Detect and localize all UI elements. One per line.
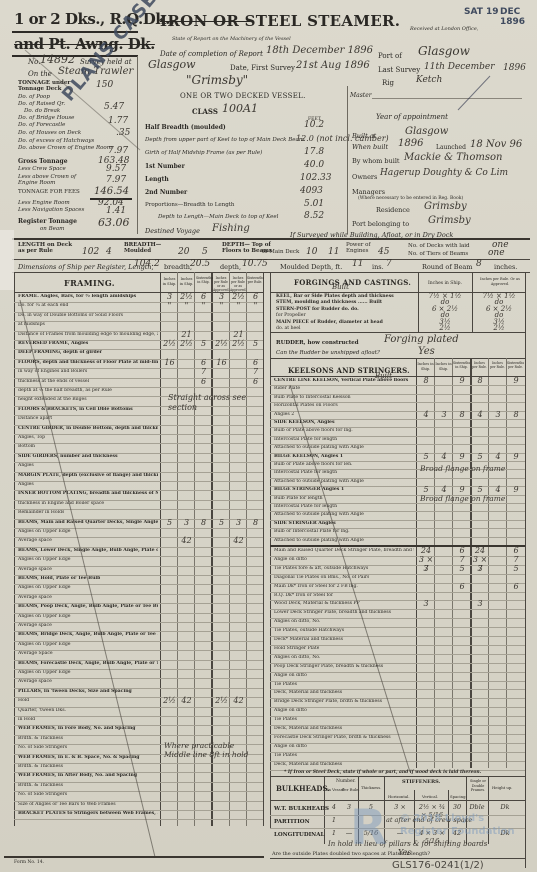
watermark-text: © 2018 Lloyd's Register Foundation bbox=[400, 812, 520, 838]
bulkheads-title: BULKHEADS. bbox=[276, 784, 330, 793]
bulk-per-rule-label: Per Rule. bbox=[342, 787, 360, 792]
bulk-stiffeners-label: STIFFENERS. bbox=[402, 779, 440, 785]
bulkhead-row-height: Dk bbox=[490, 803, 520, 811]
bulk-vertical-label: Vertical. bbox=[422, 794, 438, 799]
watermark-logo: R bbox=[350, 800, 387, 856]
bulkhead-row-in-vessel: 1 bbox=[326, 816, 342, 824]
bulkhead-row-label: LONGITUDINAL bbox=[274, 832, 324, 838]
cancel-line-right bbox=[0, 0, 537, 872]
doubled-plates-value: Yes bbox=[398, 848, 411, 857]
bulk-bottom-rule bbox=[270, 858, 525, 859]
paper-edge bbox=[0, 230, 14, 290]
bulkhead-row-in-vessel: 1 bbox=[326, 829, 342, 837]
bulkhead-row-horizontal: 3 × bbox=[386, 803, 414, 811]
bulkhead-row-label: PARTITION bbox=[274, 819, 310, 825]
bulkhead-row-in-vessel: 4 bbox=[326, 803, 342, 811]
bulkhead-row-frames: Dble bbox=[467, 803, 487, 811]
bulk-height-label: Height up. bbox=[492, 785, 512, 790]
bulk-horizontal-label: Horizontal. bbox=[388, 794, 410, 799]
bulkhead-row-spacing: 30 bbox=[449, 803, 465, 811]
survey-report-page: 1 or 2 Dks., R.Q.Dk., and Pt. Awng. Dk. … bbox=[0, 0, 537, 872]
bulk-number-label: Number. bbox=[336, 779, 356, 784]
archive-reference: GLS176-0241(1/2) bbox=[392, 860, 484, 871]
bulk-spacing-label: Spacing. bbox=[450, 794, 467, 799]
bulk-header-rule bbox=[270, 800, 525, 801]
bulk-single-double-label: Single or Double Frames. bbox=[468, 779, 488, 793]
bulkhead-row-label: W.T. BULKHEADS bbox=[274, 806, 329, 812]
bulk-thickness-label: Thickness. bbox=[361, 785, 381, 790]
